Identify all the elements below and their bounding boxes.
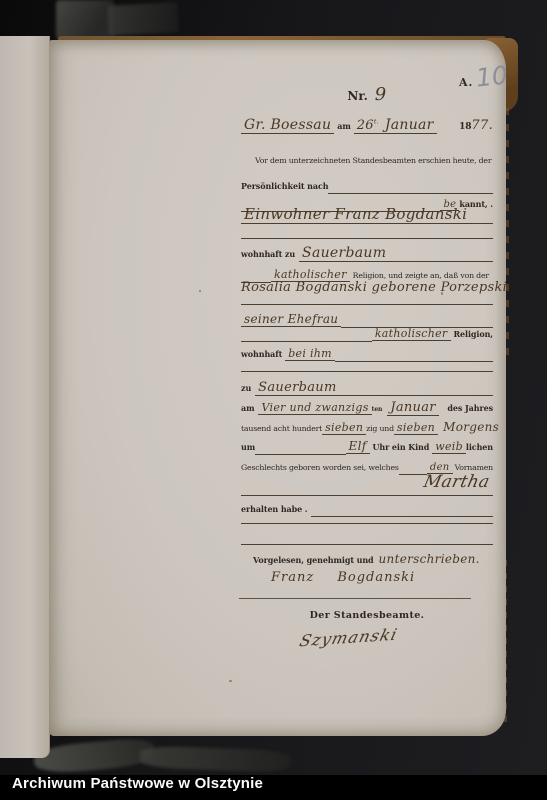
year-printed: 18 xyxy=(459,122,471,132)
birth-day-hand: Vier und zwanzigs xyxy=(258,401,371,415)
closing-row: Vorgelesen, genehmigt und unterschrieben… xyxy=(241,552,505,566)
am-printed: am xyxy=(337,121,350,131)
declarant-row: Einwohner Franz Bogdanski xyxy=(241,204,493,225)
nr-label: Nr. xyxy=(347,89,367,103)
zu-printed: zu xyxy=(241,383,251,393)
binding-fabric-top-2 xyxy=(107,2,178,36)
am2-printed: am xyxy=(241,403,254,413)
nr-value-hand: 9 xyxy=(375,84,387,105)
persoenlichkeit-label: Persönlichkeit nach xyxy=(241,181,328,191)
binding-fabric-bottom-2 xyxy=(140,745,291,772)
year-tens-hand: sieben xyxy=(322,421,366,435)
dateline-row: Gr. Boessau am 26t. Januar 18 77. xyxy=(241,114,493,134)
intro-line: Vor dem unterzeichneten Standesbeamten e… xyxy=(255,156,491,165)
residence-row: wohnhaft zu Sauerbaum xyxy=(241,242,493,262)
year-ones-hand: sieben xyxy=(394,421,438,435)
place-hand: Gr. Boessau xyxy=(241,117,334,134)
mother-name-row: Rosalia Bogdanski geborene Porzepski xyxy=(241,280,493,305)
registrar-signature: Szymanski xyxy=(298,625,400,651)
birth-year-row: tausend acht hundert sieben zig und sieb… xyxy=(241,416,493,435)
uhr-ein-kind-printed: Uhr ein Kind xyxy=(373,442,430,452)
record-number-row: Nr. 9 xyxy=(241,84,533,105)
residence-hand: Sauerbaum xyxy=(299,245,389,262)
birth-hour-row: um Elf Uhr ein Kind weib lichen xyxy=(241,435,493,455)
month-hand: Januar xyxy=(382,117,437,134)
bei-ihm-hand: bei ihm xyxy=(285,347,335,361)
geschlechts-printed: Geschlechts geboren worden sei, welches xyxy=(241,463,399,472)
intro-row: Vor dem unterzeichneten Standesbeamten e… xyxy=(241,156,507,165)
closing-printed: Vorgelesen, genehmigt und xyxy=(253,555,374,565)
ruled-line xyxy=(241,238,493,239)
religion2-hand: katholischer xyxy=(372,327,451,341)
paper-speck xyxy=(229,680,232,682)
archival-scan-scene: A. 10 Nr. 9 Gr. Boessau am 26t. Januar 1… xyxy=(0,0,547,800)
binding-fabric-bottom xyxy=(33,737,155,775)
um-printed: um xyxy=(241,442,255,452)
birth-place-hand: Sauerbaum xyxy=(255,380,339,396)
hour-hand: Elf xyxy=(346,439,370,454)
signature-divider xyxy=(239,598,471,599)
child-name-hand: Martha xyxy=(421,472,491,492)
erhalten-printed: erhalten habe . xyxy=(241,504,308,514)
birth-place-row: zu Sauerbaum xyxy=(241,376,493,396)
wohnhaft-printed: wohnhaft xyxy=(241,349,282,359)
mother-name-hand: Rosalia Bogdanski geborene Porzepski xyxy=(241,280,507,295)
zig-und-printed: zig und xyxy=(366,424,394,433)
wohnhaft-bei-row: wohnhaft bei ihm xyxy=(241,342,493,362)
archive-watermark-label: Archiwum Państwowe w Olsztynie xyxy=(12,775,547,792)
declarant-hand: Einwohner Franz Bogdanski xyxy=(241,205,470,224)
des-jahres-printed: des Jahres xyxy=(447,403,493,413)
archive-watermark-bar: Archiwum Państwowe w Olsztynie xyxy=(0,775,547,800)
ten-suffix-printed: ten xyxy=(372,406,383,413)
facing-page-edge xyxy=(0,36,50,758)
wohnhaft-zu-printed: wohnhaft zu xyxy=(241,249,295,259)
declarant-signature: Franz Bogdanski xyxy=(271,570,415,585)
ruled-line xyxy=(241,523,493,524)
vornamen-printed: Vornamen xyxy=(455,463,493,472)
religion1-printed: Religion, und zeigte an, daß von der xyxy=(353,271,489,280)
ruled-line xyxy=(241,544,493,545)
time-of-day-hand: Morgens xyxy=(443,420,499,434)
ruled-line xyxy=(241,371,493,372)
religion2-printed: Religion, xyxy=(454,329,494,339)
child-name-row: Martha xyxy=(241,472,493,496)
birth-date-row: am Vier und zwanzigs ten Januar des Jahr… xyxy=(241,396,493,416)
birth-month-hand: Januar xyxy=(387,400,438,416)
lichen-printed: lichen xyxy=(466,442,493,452)
registrar-signature-row: Szymanski xyxy=(241,628,547,658)
register-page: A. 10 Nr. 9 Gr. Boessau am 26t. Januar 1… xyxy=(49,40,506,736)
day-hand: 26t. xyxy=(354,118,382,134)
binding-fabric-top xyxy=(56,0,114,40)
declarant-signature-row: Franz Bogdanski xyxy=(241,570,523,585)
registrar-title-row: Der Standesbeamte. xyxy=(241,610,493,621)
year-hand: 77. xyxy=(471,118,493,133)
paper-speck xyxy=(199,290,201,292)
closing-hand: unterschrieben. xyxy=(379,552,480,566)
religion2-row: katholischer Religion, xyxy=(241,322,493,342)
tausend-printed: tausend acht hundert xyxy=(241,424,322,433)
registrar-title: Der Standesbeamte. xyxy=(310,610,425,621)
erhalten-row: erhalten habe . xyxy=(241,497,493,517)
gender-hand: weib xyxy=(432,440,466,454)
persoenlichkeit-row: Persönlichkeit nach xyxy=(241,174,493,194)
